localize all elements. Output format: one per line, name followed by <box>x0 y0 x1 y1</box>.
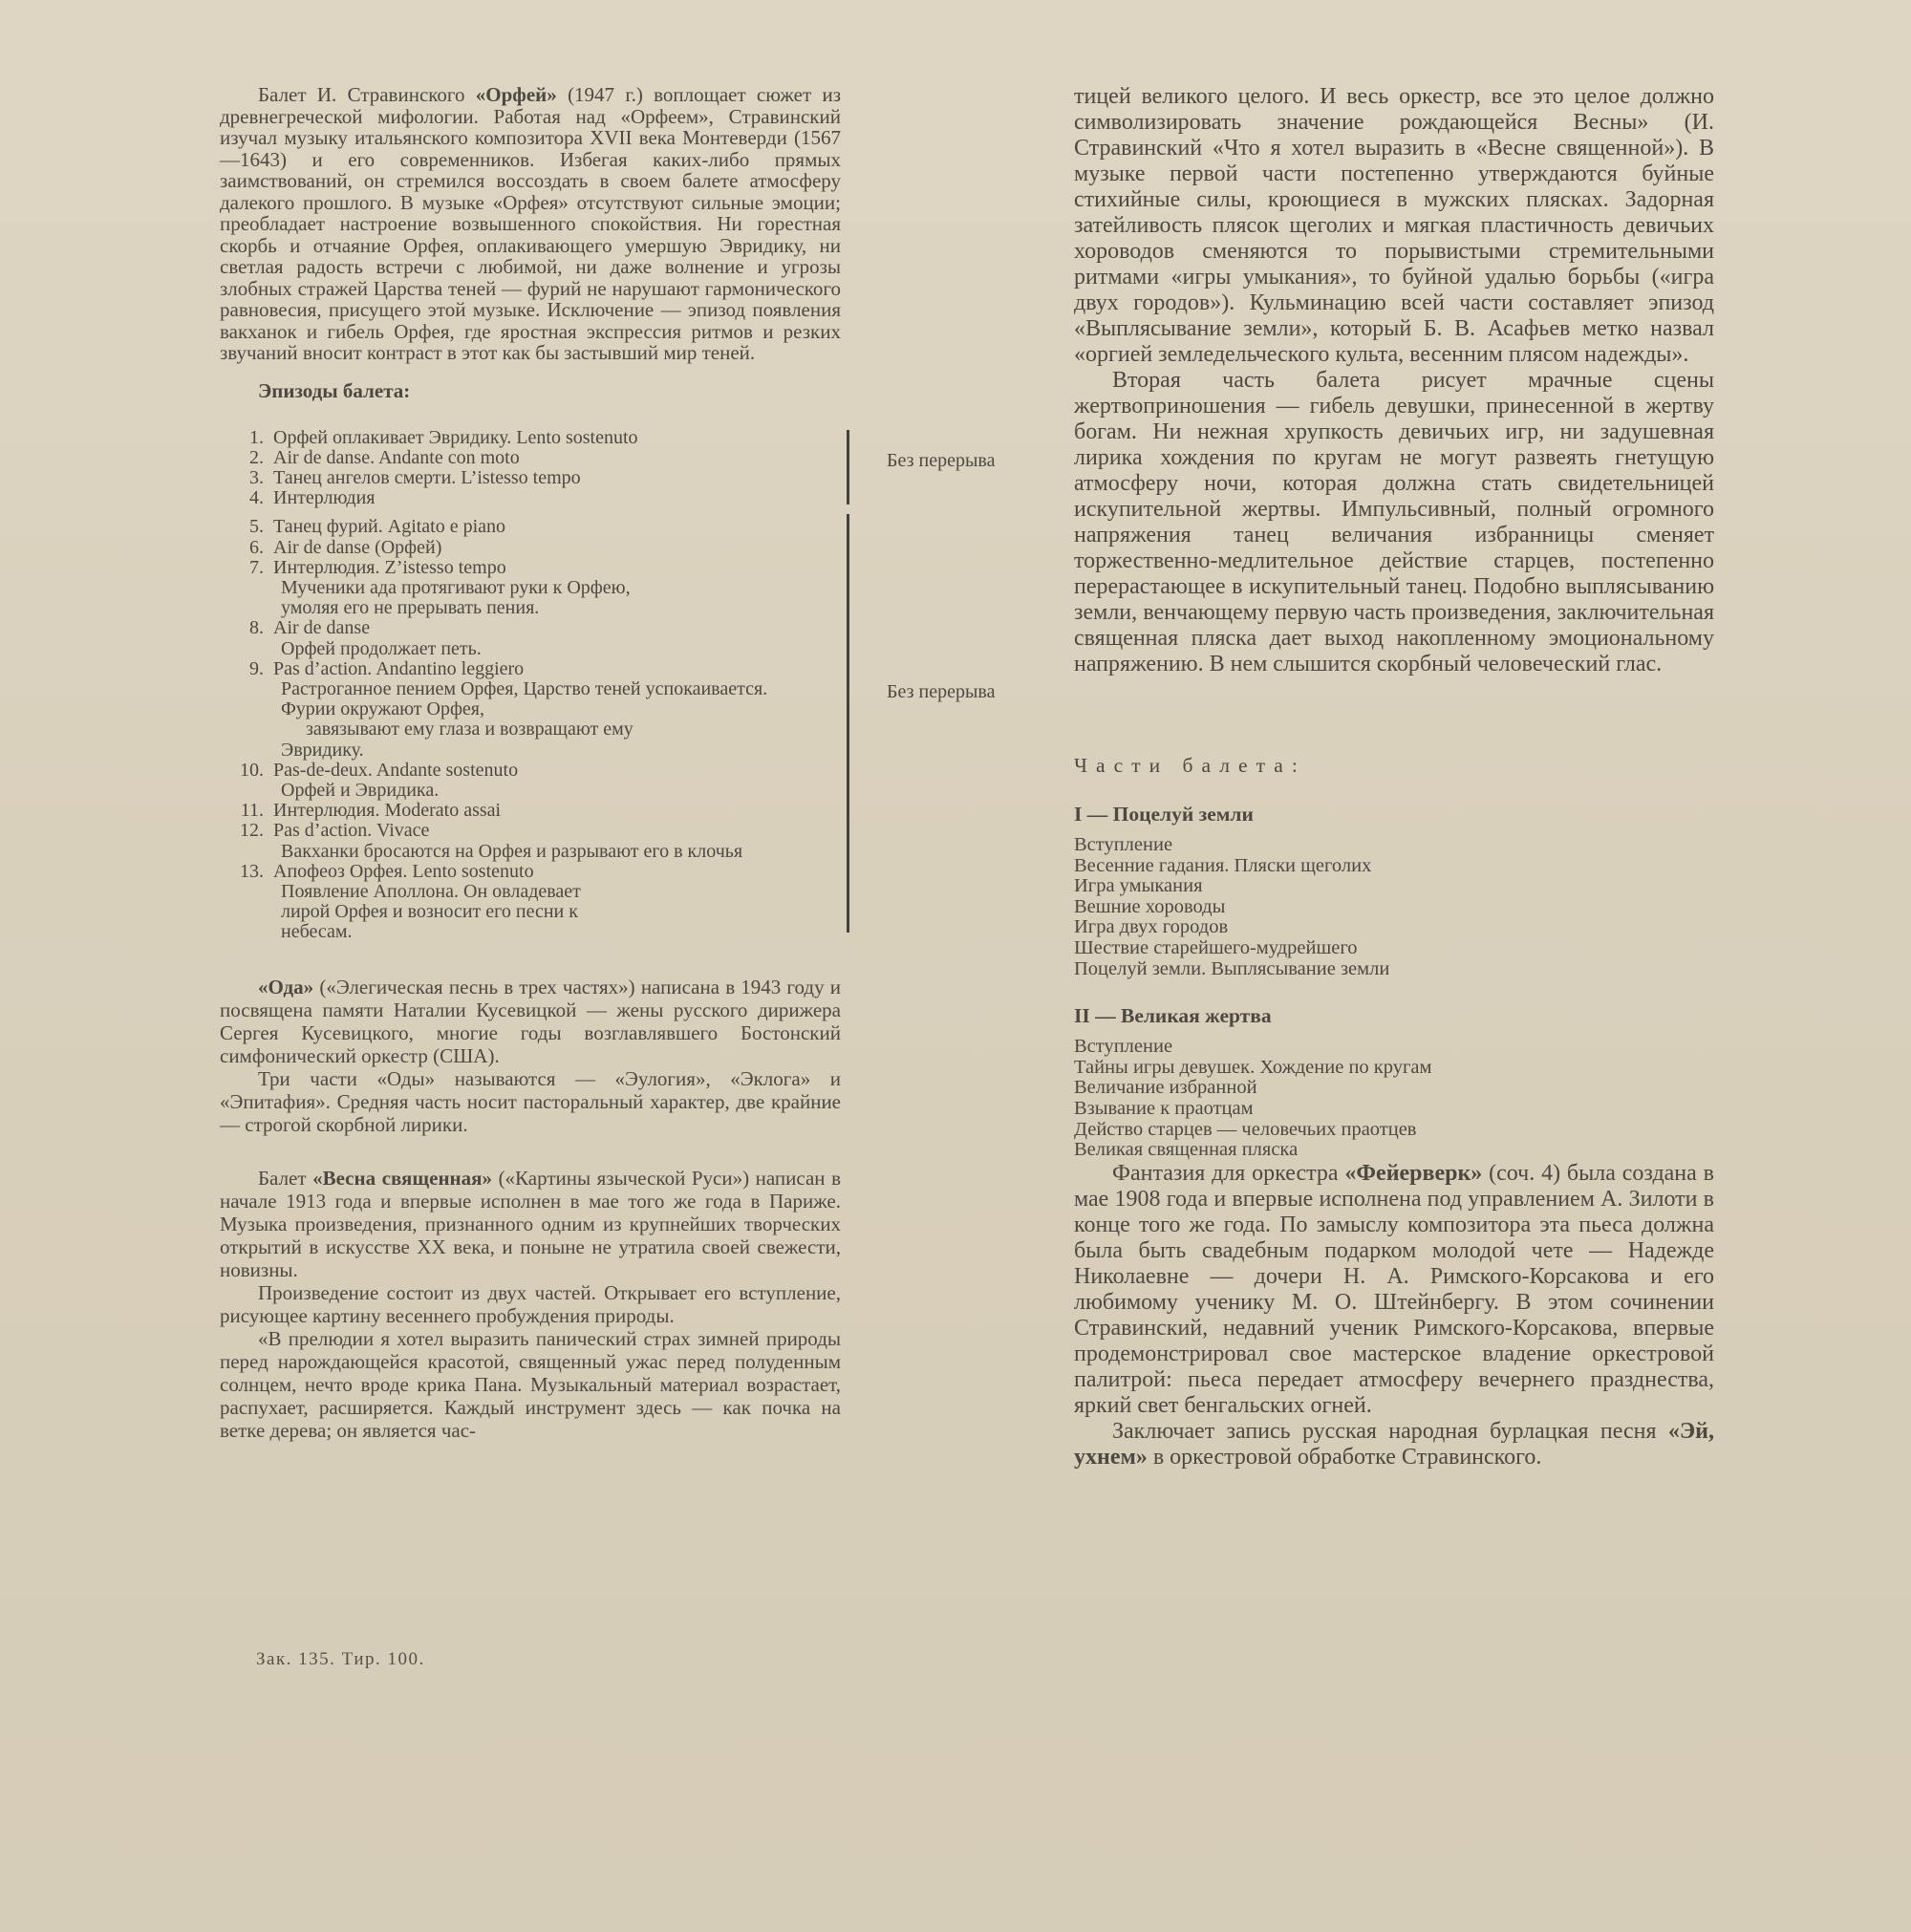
episode-title: Танец фурий. Agitato e piano <box>273 516 505 537</box>
print-info: Зак. 135. Тир. 100. <box>256 1649 425 1670</box>
paragraph-continuation: тицей великого целого. И весь оркестр, в… <box>1074 84 1714 368</box>
episode-number: 13. <box>222 862 264 882</box>
ode-text-body: («Элегическая песнь в трех частях») напи… <box>220 976 841 1067</box>
episode-row-5: 5.Танец фурий. Agitato e piano <box>220 517 841 537</box>
part-line: Игра умыкания <box>1074 876 1714 897</box>
episode-note-line: Фурии окружают Орфея, <box>220 699 841 719</box>
episode-number: 10. <box>222 761 264 781</box>
orpheus-text-lead: Балет И. Стравинского <box>258 83 476 106</box>
fireworks-title-bold: «Фейерверк» <box>1344 1161 1482 1186</box>
part-line: Взывание к праотцам <box>1074 1099 1714 1120</box>
paragraph-second-part: Вторая часть балета рисует мрачные сцены… <box>1074 368 1714 677</box>
episode-number: 7. <box>222 558 264 578</box>
part-line: Великая священная пляска <box>1074 1140 1714 1161</box>
liner-notes-page: Балет И. Стравинского «Орфей» (1947 г.) … <box>0 0 1911 1932</box>
episode-number: 4. <box>222 488 264 508</box>
paragraph-rite-1: Балет «Весна священная» («Картины язычес… <box>220 1167 841 1281</box>
ey-ukhnem-text-body: в оркестровой обработке Стравинского. <box>1148 1445 1542 1470</box>
episode-title: Орфей оплакивает Эвридику. Lento sostenu… <box>273 427 638 448</box>
episode-row-1: 1.Орфей оплакивает Эвридику. Lento soste… <box>220 428 841 448</box>
no-break-bracket-1 <box>847 430 849 504</box>
no-break-label-1: Без перерыва <box>887 451 995 471</box>
episode-title: Интерлюдия. Z’istesso tempo <box>273 557 506 578</box>
part-line: Вешние хороводы <box>1074 897 1714 918</box>
parts-heading: Части балета: <box>1074 754 1714 778</box>
part-line: Величание избранной <box>1074 1078 1714 1099</box>
episode-row-11: 11.Интерлюдия. Moderato assai <box>220 801 841 821</box>
episode-note-line: Вакханки бросаются на Орфея и разрывают … <box>220 842 841 862</box>
episode-number: 12. <box>222 821 264 841</box>
episode-number: 9. <box>222 659 264 679</box>
episode-row-2: 2.Air de danse. Andante con moto <box>220 448 841 468</box>
part-line: Игра двух городов <box>1074 917 1714 938</box>
part-one-title: I — Поцелуй земли <box>1074 803 1714 826</box>
part-two-title: II — Великая жертва <box>1074 1004 1714 1028</box>
no-break-label-2: Без перерыва <box>887 682 995 702</box>
episode-title: Air de danse (Орфей) <box>273 537 441 558</box>
episode-title: Интерлюдия. Moderato assai <box>273 800 501 821</box>
fireworks-text-lead: Фантазия для оркестра <box>1112 1161 1344 1186</box>
part-line: Действо старцев — человечьих праотцев <box>1074 1120 1714 1141</box>
episode-note-line: Растроганное пением Орфея, Царство теней… <box>220 679 841 699</box>
rite-of-spring-section: Балет «Весна священная» («Картины язычес… <box>220 1167 841 1442</box>
episode-title: Air de danse <box>273 617 370 638</box>
episode-number: 6. <box>222 538 264 558</box>
episode-number: 1. <box>222 428 264 448</box>
paragraph-rite-2: Произведение состоит из двух частей. Отк… <box>220 1281 841 1327</box>
episode-title: Апофеоз Орфея. Lento sostenuto <box>273 861 534 882</box>
part-line: Тайны игры девушек. Хождение по кругам <box>1074 1058 1714 1079</box>
episode-title: Интерлюдия <box>273 487 375 508</box>
left-column: Балет И. Стравинского «Орфей» (1947 г.) … <box>220 84 841 1442</box>
episode-title: Pas d’action. Andantino leggiero <box>273 658 524 679</box>
episode-note-line: умоляя его не прерывать пения. <box>220 598 841 618</box>
episode-number: 11. <box>222 801 264 821</box>
ode-title-bold: «Ода» <box>258 976 313 998</box>
part-one-list: Вступление Весенние гадания. Пляски щего… <box>1074 835 1714 979</box>
episode-row-7: 7.Интерлюдия. Z’istesso tempo <box>220 558 841 578</box>
episodes-list: 1.Орфей оплакивает Эвридику. Lento soste… <box>220 428 841 943</box>
episode-row-4: 4.Интерлюдия <box>220 488 841 508</box>
rite-title-bold: «Весна священная» <box>312 1167 492 1190</box>
part-line: Весенние гадания. Пляски щеголих <box>1074 856 1714 877</box>
paragraph-orpheus: Балет И. Стравинского «Орфей» (1947 г.) … <box>220 84 841 364</box>
part-line: Вступление <box>1074 835 1714 856</box>
episode-title: Танец ангелов смерти. L’istesso tempo <box>273 467 581 488</box>
episode-row-6: 6.Air de danse (Орфей) <box>220 538 841 558</box>
episode-row-8: 8.Air de danse <box>220 618 841 638</box>
episode-note-line: Появление Аполлона. Он овладевает <box>220 882 841 902</box>
ey-ukhnem-text-lead: Заключает запись русская народная бурлац… <box>1112 1419 1668 1444</box>
orpheus-text-body: (1947 г.) воплощает сюжет из древнегрече… <box>220 83 841 364</box>
part-line: Вступление <box>1074 1037 1714 1058</box>
episode-note-line: Мученики ада протягивают руки к Орфею, <box>220 578 841 598</box>
episode-note-line: Орфей и Эвридика. <box>220 781 841 801</box>
episode-number: 5. <box>222 517 264 537</box>
episode-row-9: 9.Pas d’action. Andantino leggiero <box>220 659 841 679</box>
right-column: тицей великого целого. И весь оркестр, в… <box>1074 84 1714 1470</box>
episode-number: 3. <box>222 468 264 488</box>
paragraph-ode-2: Три части «Оды» называются — «Эулогия», … <box>220 1067 841 1136</box>
paragraph-rite-3: «В прелюдии я хотел выразить панический … <box>220 1327 841 1442</box>
episode-row-3: 3.Танец ангелов смерти. L’istesso tempo <box>220 468 841 488</box>
episode-title: Pas-de-deux. Andante sostenuto <box>273 760 518 781</box>
orpheus-title-bold: «Орфей» <box>476 83 557 106</box>
paragraph-fireworks: Фантазия для оркестра «Фейерверк» (соч. … <box>1074 1161 1714 1419</box>
episode-note-line: Орфей продолжает петь. <box>220 639 841 659</box>
episode-number: 2. <box>222 448 264 468</box>
episode-title: Air de danse. Andante con moto <box>273 447 520 468</box>
part-line: Шествие старейшего-мудрейшего <box>1074 938 1714 959</box>
episode-row-13: 13.Апофеоз Орфея. Lento sostenuto <box>220 862 841 882</box>
episode-title: Pas d’action. Vivace <box>273 820 429 841</box>
episodes-heading: Эпизоды балета: <box>258 379 841 403</box>
episode-note-line: Эвридику. <box>220 741 841 761</box>
rite-text-lead: Балет <box>258 1167 312 1190</box>
episode-note-line: лирой Орфея и возносит его песни к <box>220 902 841 922</box>
fireworks-text-body: (соч. 4) была создана в мае 1908 года и … <box>1074 1161 1714 1418</box>
no-break-bracket-2 <box>847 514 849 933</box>
episode-row-10: 10.Pas-de-deux. Andante sostenuto <box>220 761 841 781</box>
episode-row-12: 12.Pas d’action. Vivace <box>220 821 841 841</box>
episode-note-line: небесам. <box>220 922 841 942</box>
paragraph-ey-ukhnem: Заключает запись русская народная бурлац… <box>1074 1419 1714 1470</box>
part-line: Поцелуй земли. Выплясывание земли <box>1074 959 1714 980</box>
episode-note-line: завязывают ему глаза и возвращают ему <box>220 719 841 740</box>
episode-number: 8. <box>222 618 264 638</box>
paragraph-ode-1: «Ода» («Элегическая песнь в трех частях»… <box>220 976 841 1067</box>
part-two-list: Вступление Тайны игры девушек. Хождение … <box>1074 1037 1714 1161</box>
ode-section: «Ода» («Элегическая песнь в трех частях»… <box>220 976 841 1136</box>
